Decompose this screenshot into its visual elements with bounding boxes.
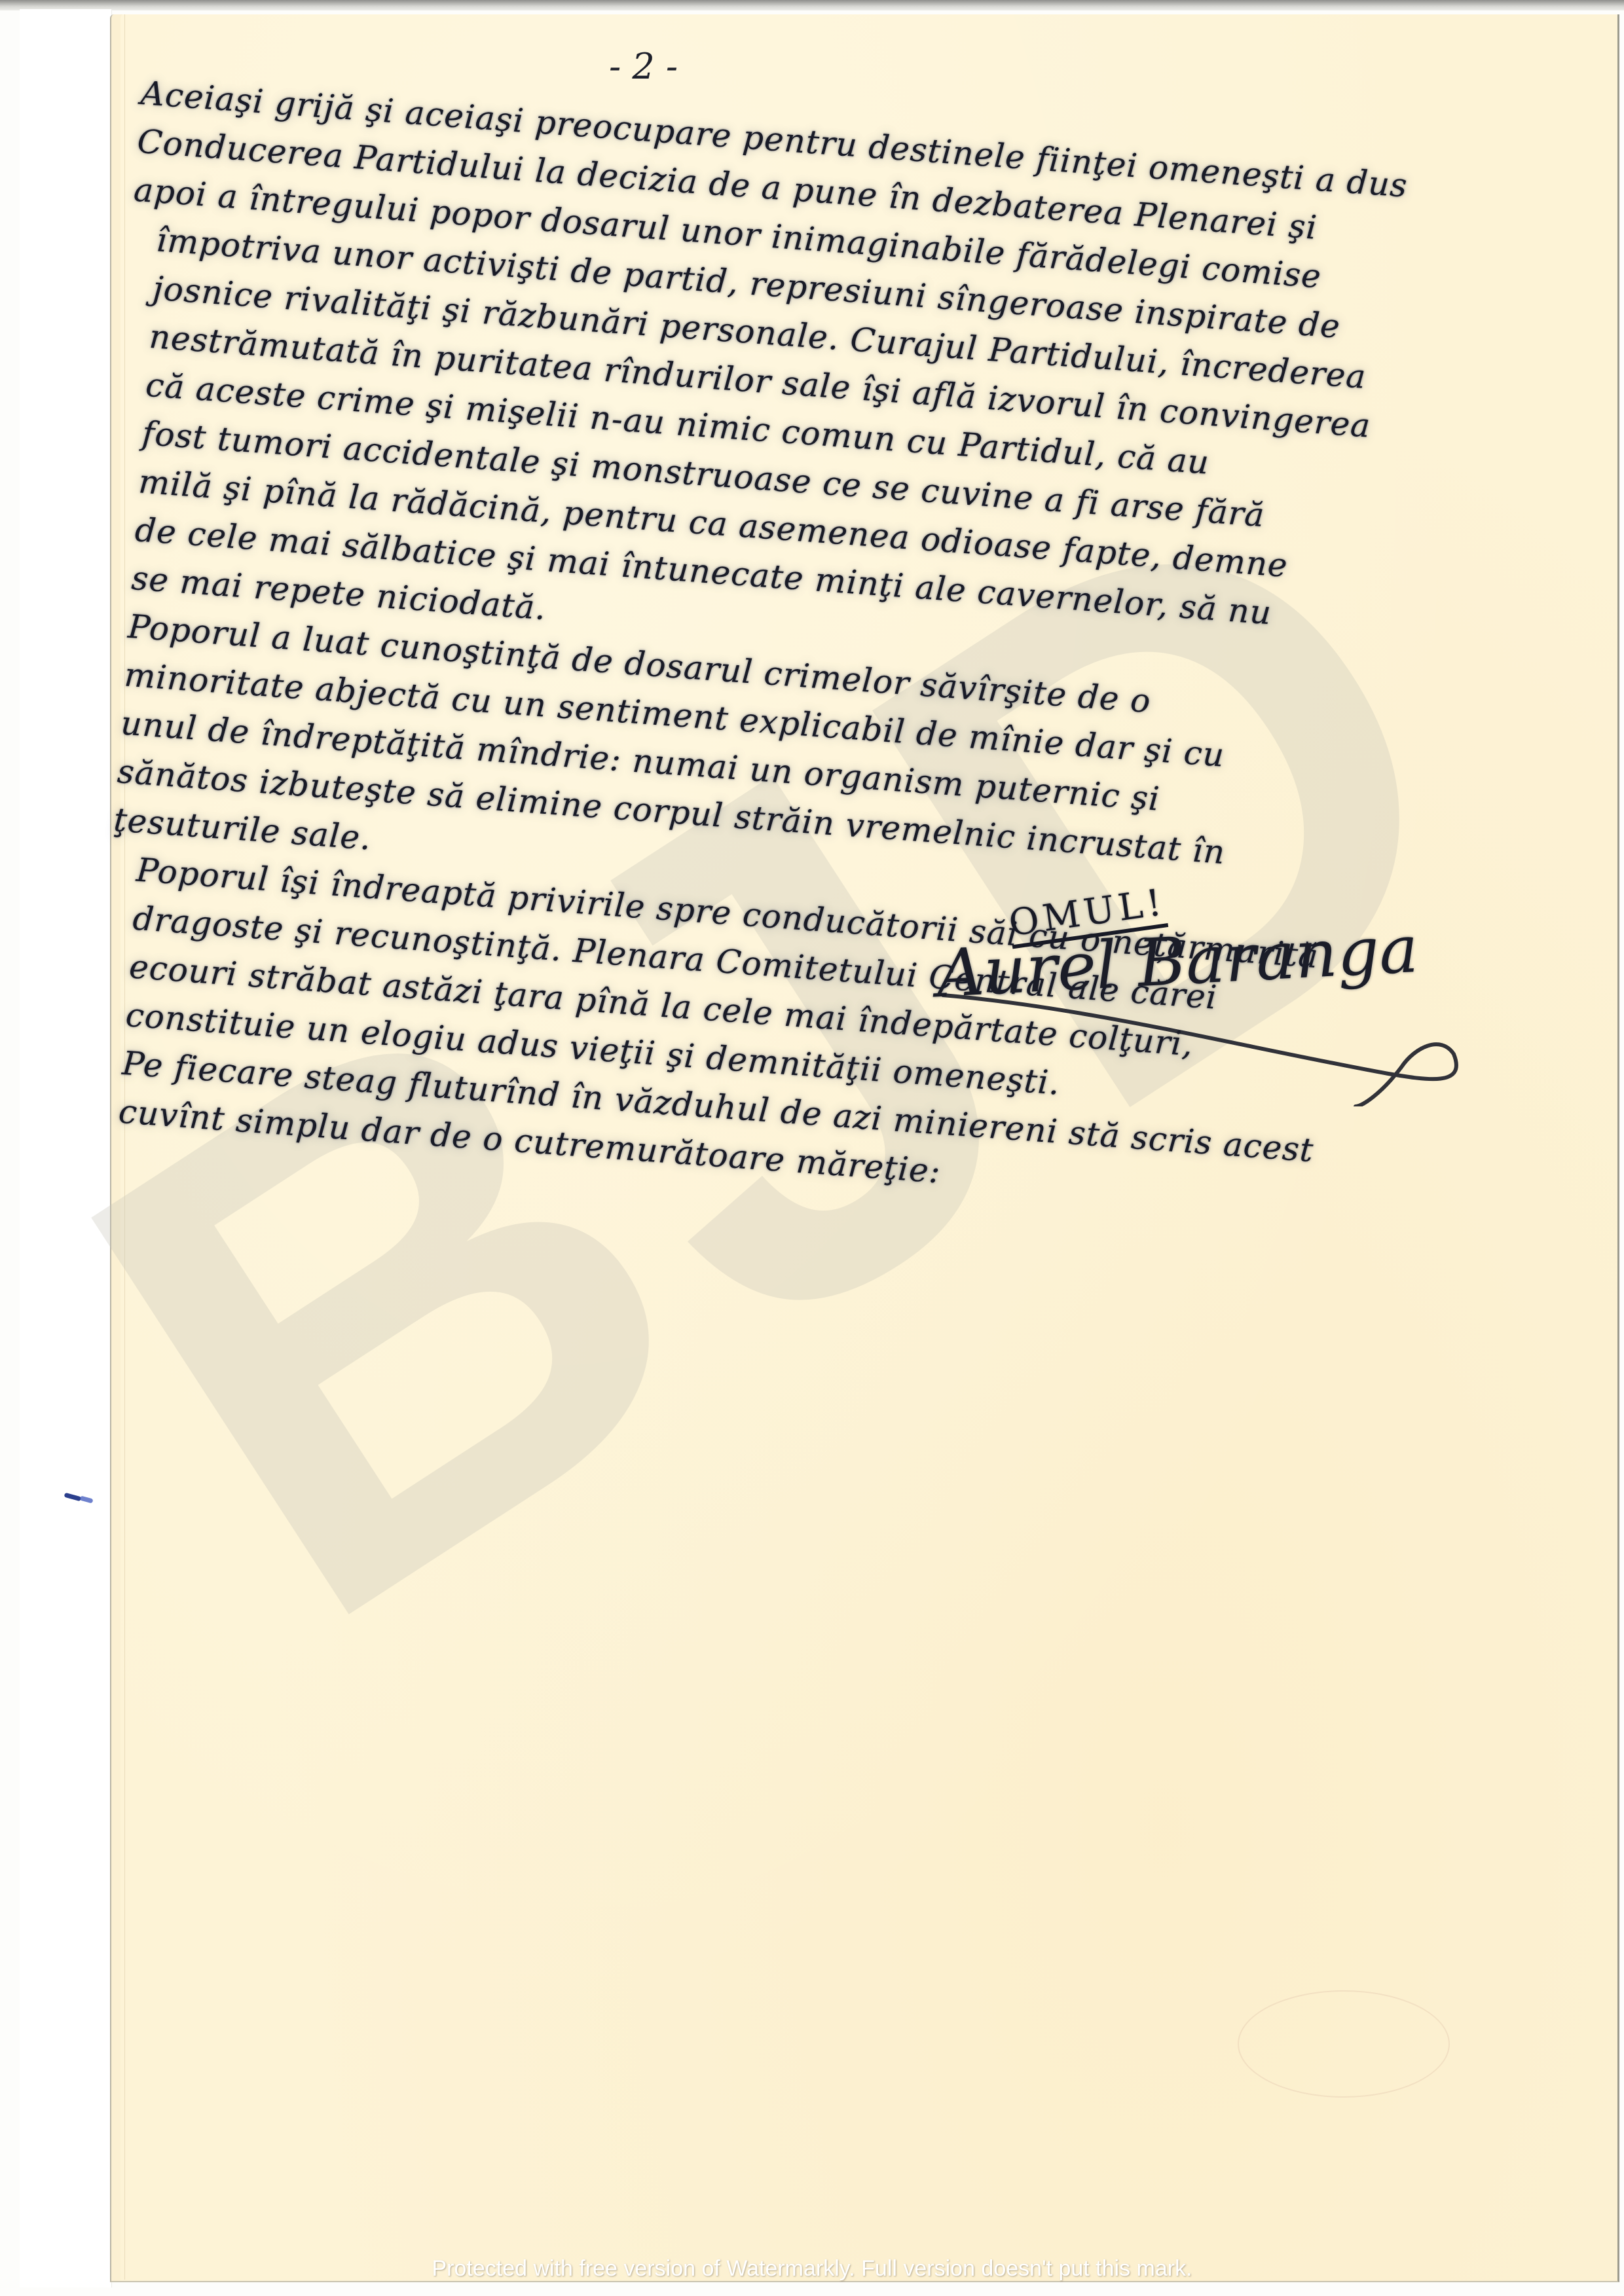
scanner-edge-top — [0, 0, 1624, 10]
faded-stamp — [1238, 1990, 1450, 2098]
signature-flourish-icon — [930, 936, 1519, 1106]
scanner-margin-left — [20, 9, 112, 2287]
page-number: - 2 - — [609, 46, 678, 87]
watermarkly-notice: Protected with free version of Watermark… — [0, 2256, 1624, 2282]
